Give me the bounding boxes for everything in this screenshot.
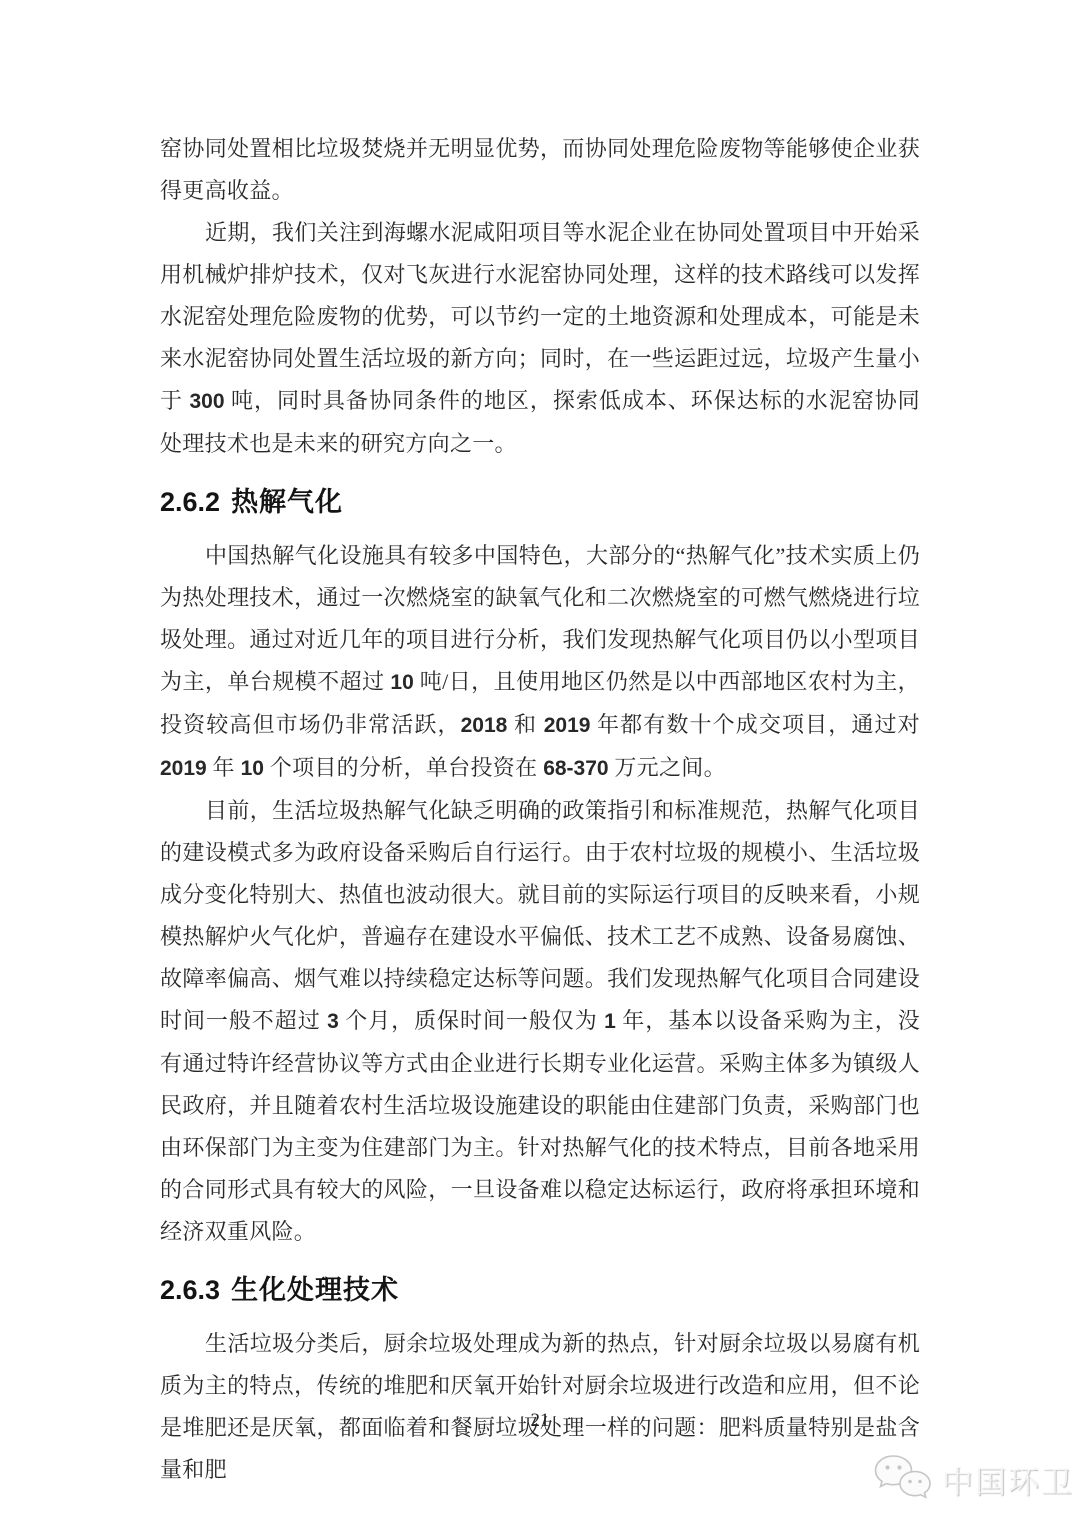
wechat-icon <box>872 1453 934 1505</box>
page-number: 21 <box>0 1410 1080 1432</box>
number-text: 10 <box>241 757 264 780</box>
watermark-label: 中国环卫 <box>942 1457 1074 1502</box>
number-text: 68-370 <box>543 757 608 780</box>
body-text: 个月，质保时间一般仅为 <box>339 1008 604 1033</box>
number-text: 10 <box>390 671 413 694</box>
paragraph: 中国热解气化设施具有较多中国特色，大部分的“热解气化”技术实质上仍为热处理技术，… <box>160 535 920 790</box>
paragraph: 生活垃圾分类后，厨余垃圾处理成为新的热点，针对厨余垃圾以易腐有机质为主的特点，传… <box>160 1323 920 1491</box>
body-text: 年都有数十个成交项目，通过对 <box>590 712 920 737</box>
document-page: 窑协同处置相比垃圾焚烧并无明显优势，而协同处理危险废物等能够使企业获得更高收益。… <box>0 0 1080 1527</box>
section-number: 2.6.3 <box>160 1275 220 1305</box>
number-text: 1 <box>604 1010 616 1033</box>
number-text: 2018 <box>461 714 508 737</box>
section-title: 生化处理技术 <box>231 1275 399 1305</box>
body-text: 年 <box>207 755 241 780</box>
body-text: 近期，我们关注到海螺水泥咸阳项目等水泥企业在协同处置项目中开始采用机械炉排炉技术… <box>160 220 920 413</box>
body-text: 窑协同处置相比垃圾焚烧并无明显优势，而协同处理危险废物等能够使企业获得更高收益。 <box>160 136 920 203</box>
number-text: 2019 <box>544 714 591 737</box>
section-heading: 2.6.3生化处理技术 <box>160 1269 920 1311</box>
number-text: 300 <box>189 390 224 413</box>
number-text: 3 <box>327 1010 339 1033</box>
paragraph: 目前，生活垃圾热解气化缺乏明确的政策指引和标准规范，热解气化项目的建设模式多为政… <box>160 790 920 1253</box>
number-text: 2019 <box>160 757 207 780</box>
watermark: 中国环卫 <box>872 1453 1074 1505</box>
body-text: 生活垃圾分类后，厨余垃圾处理成为新的热点，针对厨余垃圾以易腐有机质为主的特点，传… <box>160 1331 920 1482</box>
body-text: 万元之间。 <box>609 755 726 780</box>
body-text: 目前，生活垃圾热解气化缺乏明确的政策指引和标准规范，热解气化项目的建设模式多为政… <box>160 798 920 1033</box>
body-text: 年，基本以设备采购为主，没有通过特许经营协议等方式由企业进行长期专业化运营。采购… <box>160 1008 920 1244</box>
body-text: 个项目的分析，单台投资在 <box>264 755 543 780</box>
body-text: 和 <box>507 712 543 737</box>
body-text: 吨，同时具备协同条件的地区，探索低成本、环保达标的水泥窑协同处理技术也是未来的研… <box>160 388 920 456</box>
section-title: 热解气化 <box>231 487 343 517</box>
section-heading: 2.6.2热解气化 <box>160 481 920 523</box>
paragraph: 近期，我们关注到海螺水泥咸阳项目等水泥企业在协同处置项目中开始采用机械炉排炉技术… <box>160 212 920 465</box>
section-number: 2.6.2 <box>160 487 220 517</box>
document-body: 窑协同处置相比垃圾焚烧并无明显优势，而协同处理危险废物等能够使企业获得更高收益。… <box>160 128 920 1491</box>
paragraph: 窑协同处置相比垃圾焚烧并无明显优势，而协同处理危险废物等能够使企业获得更高收益。 <box>160 128 920 212</box>
